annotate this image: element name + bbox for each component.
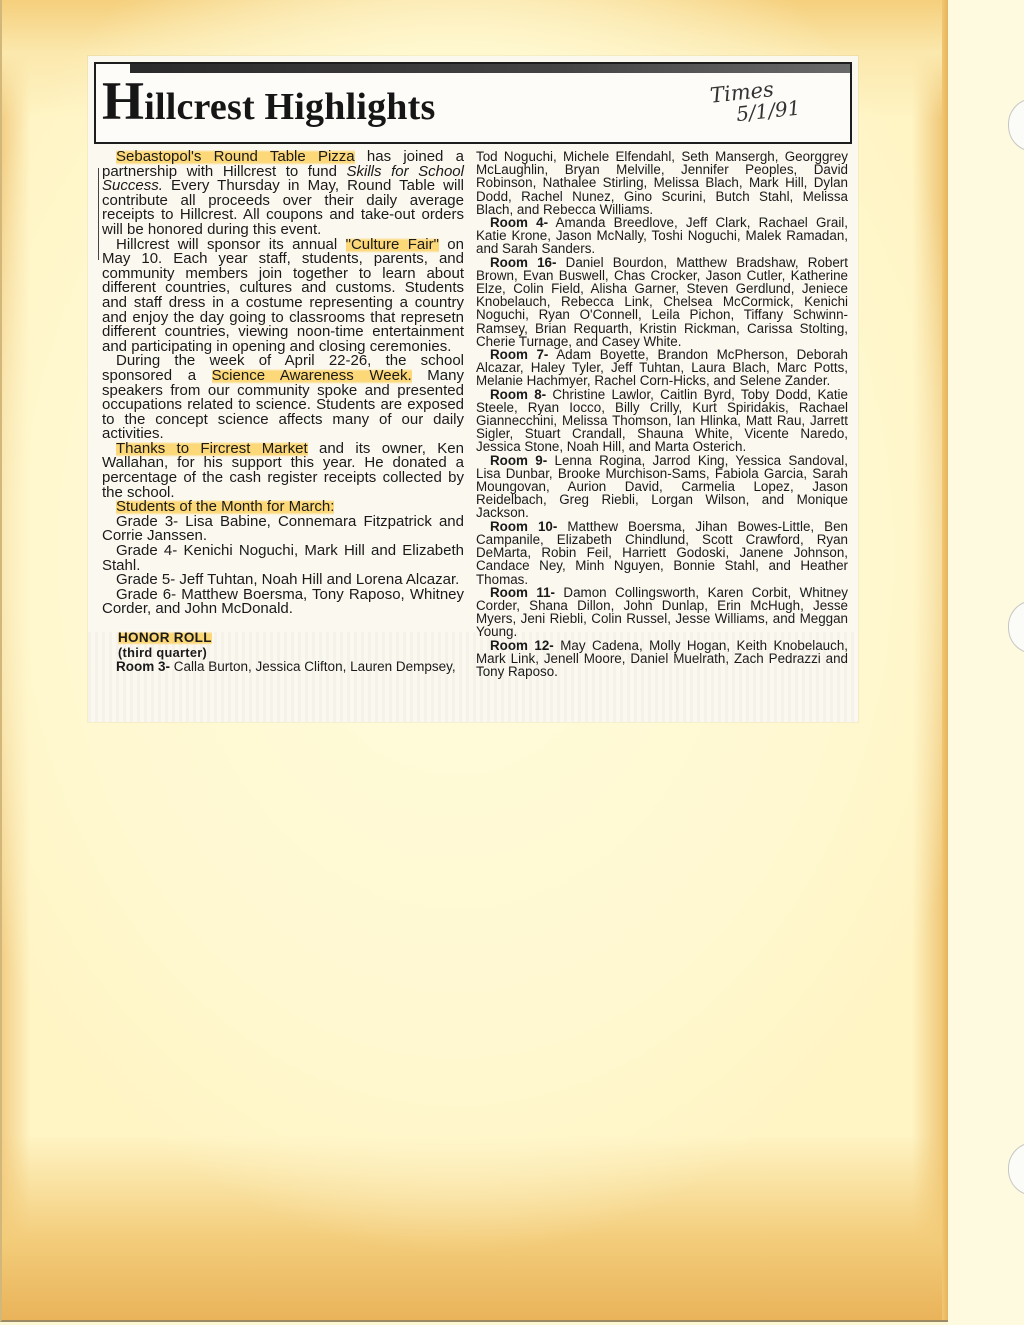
honor-room-8: Room 8- Christine Lawlor, Caitlin Byrd, … — [476, 388, 848, 454]
right-column: Tod Noguchi, Michele Elfendahl, Seth Man… — [476, 150, 848, 678]
honor-room-12: Room 12- May Cadena, Molly Hogan, Keith … — [476, 639, 848, 679]
paragraph-fircrest-market: Thanks to Fircrest Market and its owner,… — [102, 442, 464, 500]
honor-room-4: Room 4- Amanda Breedlove, Jeff Clark, Ra… — [476, 216, 848, 256]
honor-roll-subheading: (third quarter) — [102, 646, 464, 661]
binder-strip — [948, 0, 1024, 1325]
students-grade-4: Grade 4- Kenichi Noguchi, Mark Hill and … — [102, 544, 464, 573]
honor-room-10: Room 10- Matthew Boersma, Jihan Bowes-Li… — [476, 520, 848, 586]
room-names: Daniel Bourdon, Matthew Bradshaw, Robert… — [476, 255, 848, 349]
honor-room-3: Room 3- Calla Burton, Jessica Clifton, L… — [102, 660, 464, 675]
paragraph-science-week: During the week of April 22-26, the scho… — [102, 354, 464, 442]
punch-hole-icon — [1008, 600, 1024, 654]
honor-room-7: Room 7- Adam Boyette, Brandon McPherson,… — [476, 348, 848, 388]
highlight-honor-roll: HONOR ROLL — [118, 630, 212, 645]
students-grade-3: Grade 3- Lisa Babine, Connemara Fitzpatr… — [102, 515, 464, 544]
masthead: Hillcrest Highlights Times 5/1/91 — [94, 62, 852, 144]
room-label: Room 3- — [116, 659, 170, 674]
masthead-initial: H — [102, 71, 144, 131]
left-column: Sebastopol's Round Table Pizza has joine… — [102, 150, 464, 675]
paragraph-round-table: Sebastopol's Round Table Pizza has joine… — [102, 150, 464, 238]
honor-room-9: Room 9- Lenna Rogina, Jarrod King, Yessi… — [476, 454, 848, 520]
masthead-title-rest: illcrest Highlights — [144, 86, 435, 128]
honor-room-16: Room 16- Daniel Bourdon, Matthew Bradsha… — [476, 256, 848, 348]
scrapbook-page: Hillcrest Highlights Times 5/1/91 Sebast… — [0, 0, 950, 1322]
honor-room-3-continued: Tod Noguchi, Michele Elfendahl, Seth Man… — [476, 150, 848, 216]
masthead-title: Hillcrest Highlights — [102, 74, 435, 129]
punch-hole-icon — [1008, 1142, 1024, 1196]
students-grade-6: Grade 6- Matthew Boersma, Tony Raposo, W… — [102, 588, 464, 617]
masthead-rule — [130, 64, 850, 73]
room-names: Calla Burton, Jessica Clifton, Lauren De… — [170, 659, 456, 674]
newspaper-clipping: Hillcrest Highlights Times 5/1/91 Sebast… — [88, 56, 858, 722]
paragraph-culture-fair: Hillcrest will sponsor its annual "Cultu… — [102, 238, 464, 355]
margin-mark — [98, 168, 99, 260]
honor-roll-heading: HONOR ROLL — [102, 631, 464, 646]
handwritten-note: Times 5/1/91 — [709, 75, 803, 127]
honor-room-11: Room 11- Damon Collingsworth, Karen Corb… — [476, 586, 848, 639]
paragraph-text: on May 10. Each year staff, students, pa… — [102, 236, 464, 355]
punch-hole-icon — [1008, 98, 1024, 152]
